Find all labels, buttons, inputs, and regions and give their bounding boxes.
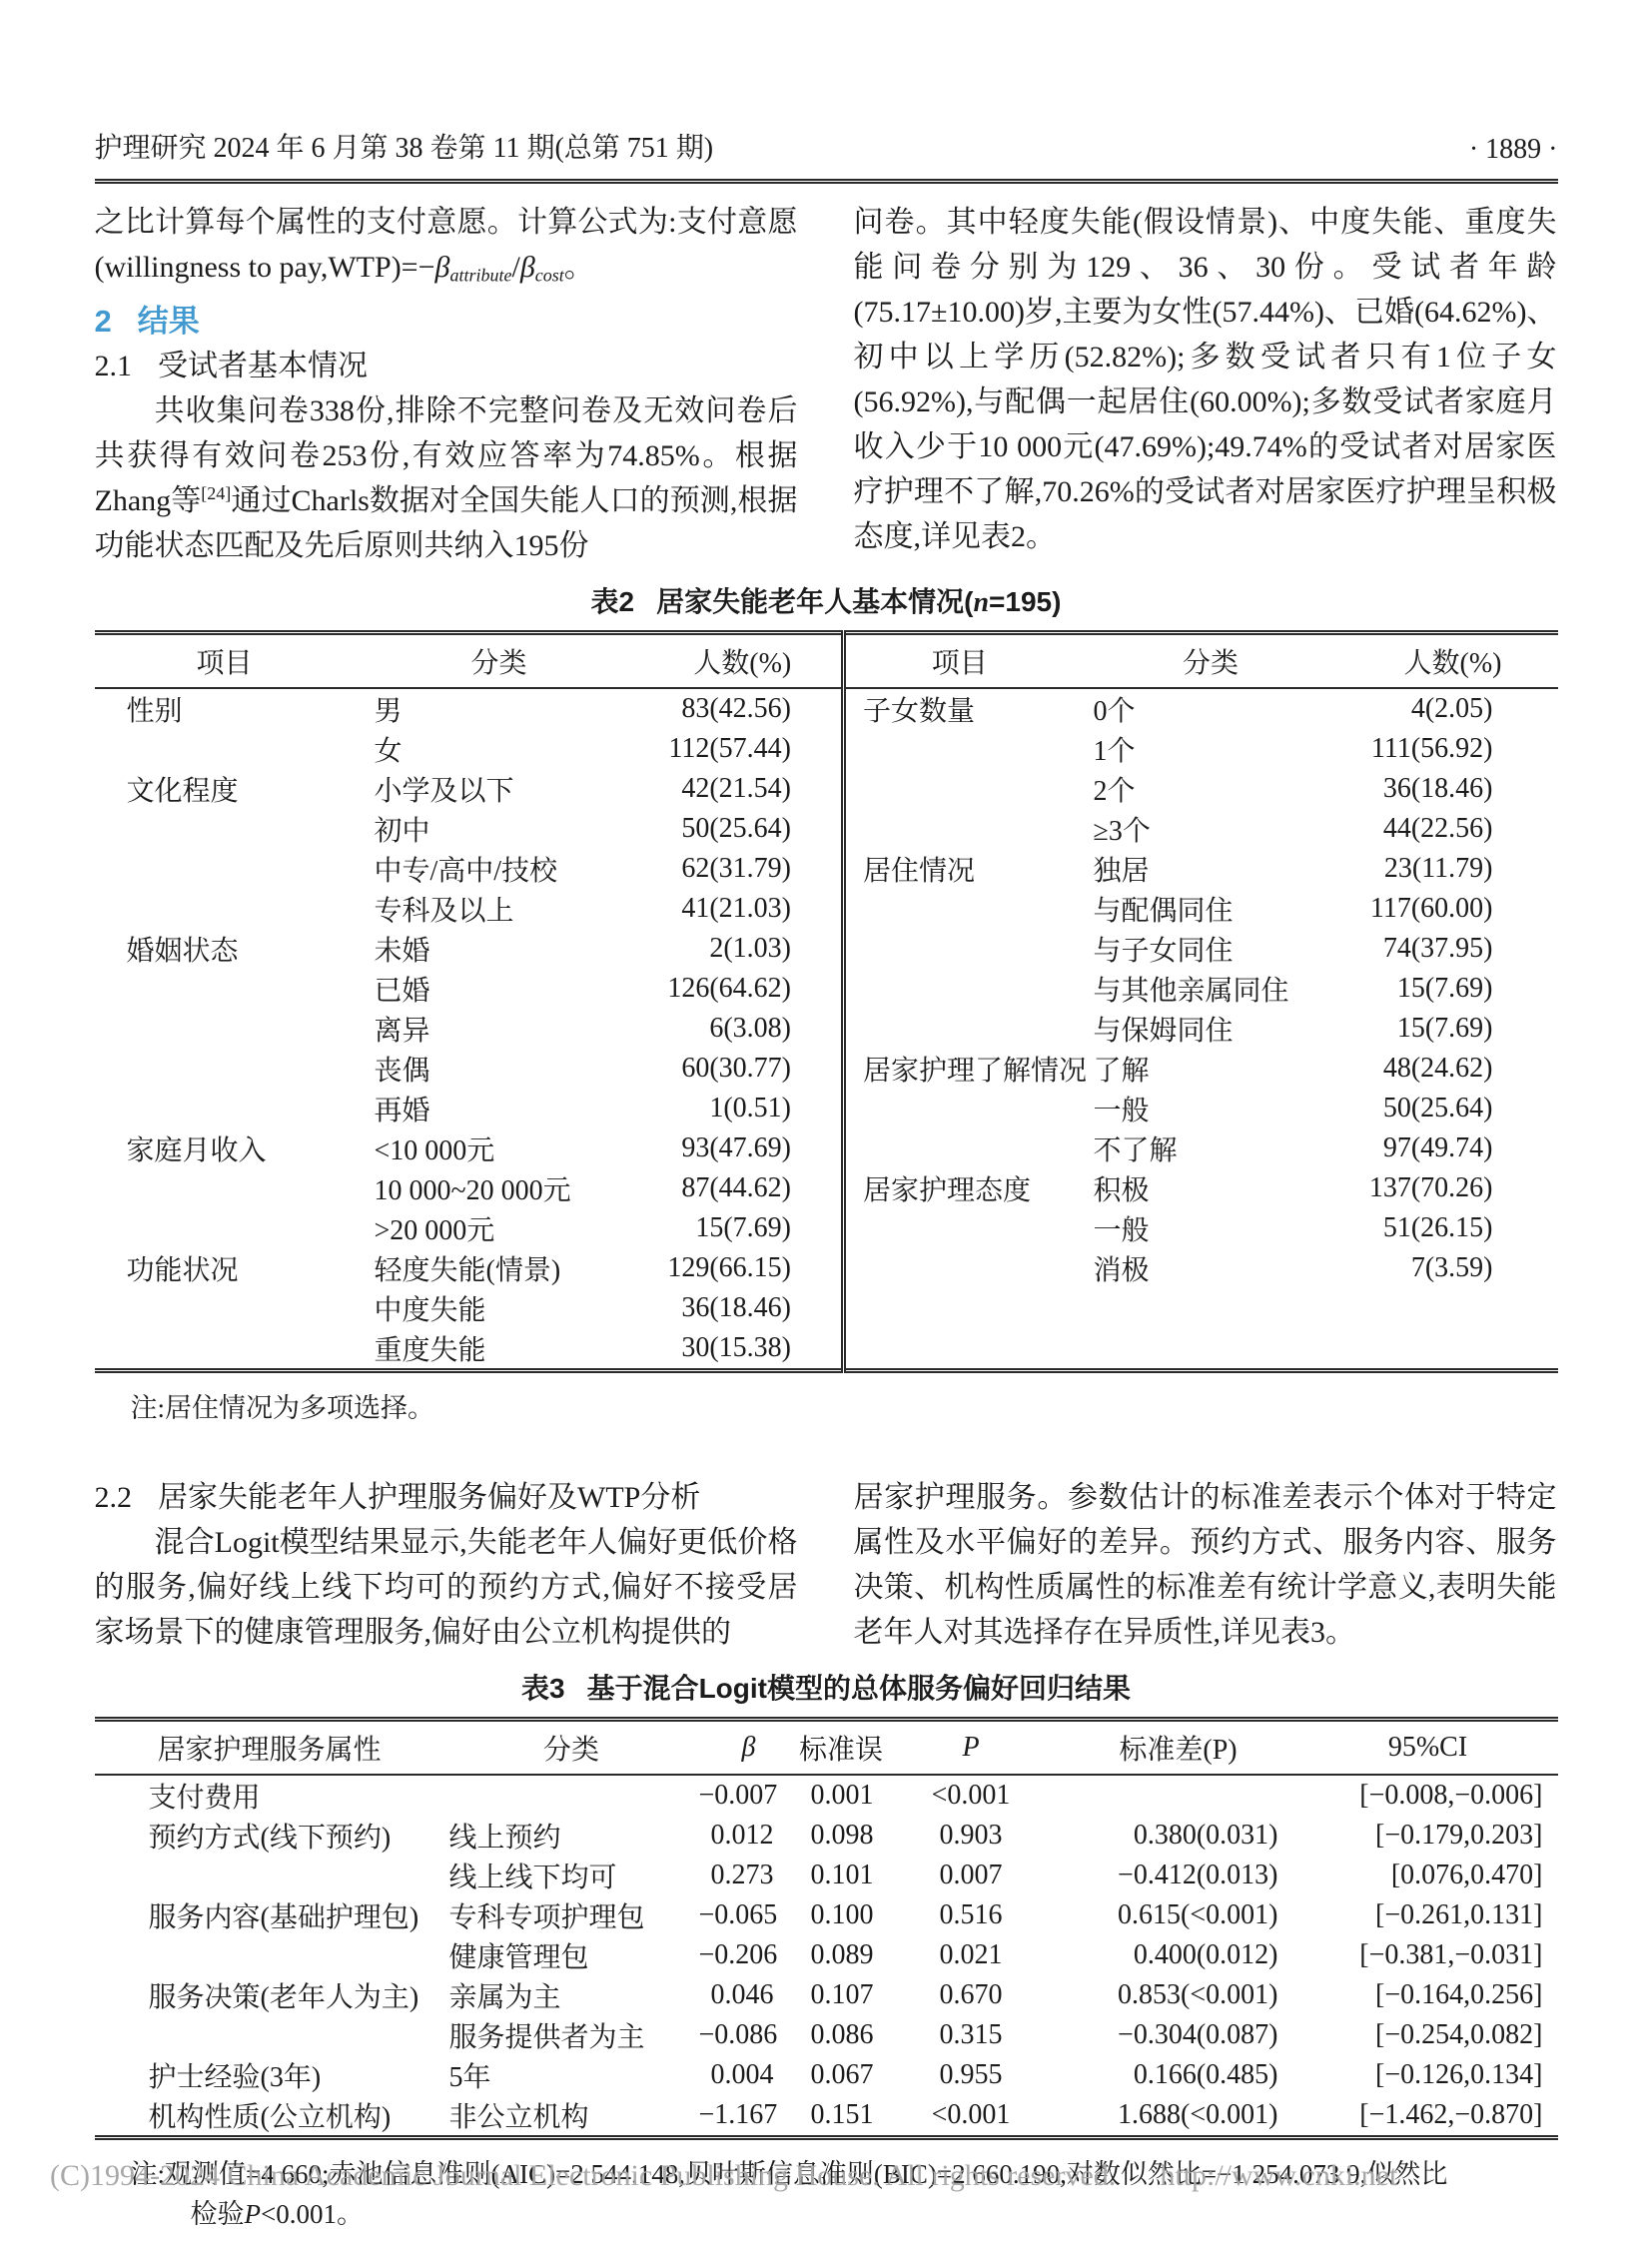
table3-caption: 表3基于混合Logit模型的总体服务偏好回归结果 (95, 1667, 1558, 1707)
table3-row: 支付费用−0.0070.001<0.001[−0.008,−0.006] (95, 1775, 1558, 1816)
table2-row: 专科及以上41(21.03)与配偶同住117(60.00) (95, 889, 1558, 929)
table2-count: 15(7.69) (644, 1208, 844, 1248)
table2-item (844, 1128, 1074, 1168)
table3-beta: −0.086 (699, 2015, 799, 2055)
table2-item (95, 1208, 355, 1248)
table2-count: 15(7.69) (1348, 1009, 1558, 1049)
table2-count: 36(18.46) (644, 1288, 844, 1328)
table2-count: 1(0.51) (644, 1089, 844, 1128)
table2-category: 一般 (1074, 1089, 1348, 1128)
table2-count: 137(70.26) (1348, 1168, 1558, 1208)
table3-category: 健康管理包 (444, 1935, 699, 1975)
table2-category: 重度失能 (355, 1328, 644, 1371)
table2-category: 0个 (1074, 688, 1348, 729)
table3-row: 线上线下均可0.2730.1010.007−0.412(0.013)[0.076… (95, 1856, 1558, 1895)
table2-count: 62(31.79) (644, 849, 844, 889)
table2-row: 再婚1(0.51)一般50(25.64) (95, 1089, 1558, 1128)
table2-category: 不了解 (1074, 1128, 1348, 1168)
table3-sd (1059, 1775, 1298, 1816)
table3-row: 预约方式(线下预约)线上预约0.0120.0980.9030.380(0.031… (95, 1816, 1558, 1856)
table2-category: 与保姆同住 (1074, 1009, 1348, 1049)
table2-item: 家庭月收入 (95, 1128, 355, 1168)
table2-category: 与其他亲属同住 (1074, 969, 1348, 1009)
table3-se: 0.101 (799, 1856, 884, 1895)
table3-p: 0.021 (884, 1935, 1059, 1975)
table3-ci: [−0.179,0.203] (1298, 1816, 1558, 1856)
table2-category: 已婚 (355, 969, 644, 1009)
table2-item (95, 889, 355, 929)
table3-attribute: 支付费用 (95, 1775, 444, 1816)
right-column-middle: 居家护理服务。参数估计的标准差表示个体对于特定属性及水平偏好的差异。预约方式、服… (854, 1475, 1557, 1655)
table2-count: 15(7.69) (1348, 969, 1558, 1009)
table2-category: 女 (355, 729, 644, 769)
table3-row: 服务提供者为主−0.0860.0860.315−0.304(0.087)[−0.… (95, 2015, 1558, 2055)
table2-count: 36(18.46) (1348, 769, 1558, 809)
section-2-2-paragraph: 混合Logit模型结果显示,失能老年人偏好更低价格的服务,偏好线上线下均可的预约… (95, 1520, 798, 1655)
table3-beta: 0.004 (699, 2055, 799, 2095)
table3-se: 0.107 (799, 1975, 884, 2015)
formula-slash: / (511, 251, 519, 284)
table3-beta: −1.167 (699, 2095, 799, 2138)
table3-category: 线上线下均可 (444, 1856, 699, 1895)
table2-header-count: 人数(%) (644, 632, 844, 688)
table3-attribute: 服务决策(老年人为主) (95, 1975, 444, 2015)
table2-category: 2个 (1074, 769, 1348, 809)
section-2-2-heading: 2.2居家失能老年人护理服务偏好及WTP分析 (95, 1475, 798, 1520)
table3-caption-number: 表3 (521, 1673, 565, 1704)
table2-row: 中专/高中/技校62(31.79)居住情况独居23(11.79) (95, 849, 1558, 889)
table2-row: 初中50(25.64)≥3个44(22.56) (95, 809, 1558, 849)
table2-item (95, 969, 355, 1009)
table3-category: 亲属为主 (444, 1975, 699, 2015)
section-2-2-paragraph-continued: 居家护理服务。参数估计的标准差表示个体对于特定属性及水平偏好的差异。预约方式、服… (854, 1475, 1557, 1655)
table2-category (1074, 1288, 1348, 1328)
table2-category: 独居 (1074, 849, 1348, 889)
table2-count: 60(30.77) (644, 1049, 844, 1089)
table2-row: 中度失能36(18.46) (95, 1288, 1558, 1328)
table3-ci: [0.076,0.470] (1298, 1856, 1558, 1895)
section-2-2-number: 2.2 (95, 1481, 133, 1514)
table2-count: 23(11.79) (1348, 849, 1558, 889)
table2-category: 未婚 (355, 929, 644, 969)
table3-caption-title: 基于混合Logit模型的总体服务偏好回归结果 (587, 1673, 1131, 1704)
section-2-1-label: 受试者基本情况 (158, 350, 368, 382)
table3-beta: −0.065 (699, 1895, 799, 1935)
table2-count: 117(60.00) (1348, 889, 1558, 929)
table3-se: 0.089 (799, 1935, 884, 1975)
table3-ci: [−0.008,−0.006] (1298, 1775, 1558, 1816)
page-number: · 1889 · (1469, 134, 1558, 166)
table3-sd: 0.380(0.031) (1059, 1816, 1298, 1856)
table2-caption-tail: =195) (989, 586, 1061, 617)
header-rule (95, 179, 1558, 184)
table3-category (444, 1775, 699, 1816)
table3-se: 0.151 (799, 2095, 884, 2138)
table2-caption-number: 表2 (591, 586, 635, 617)
table2-row: 文化程度小学及以下42(21.54)2个36(18.46) (95, 769, 1558, 809)
table2-count: 42(21.54) (644, 769, 844, 809)
table2-category: <10 000元 (355, 1128, 644, 1168)
table3-ci: [−0.261,0.131] (1298, 1895, 1558, 1935)
table2-count: 50(25.64) (1348, 1089, 1558, 1128)
table3-attribute: 机构性质(公立机构) (95, 2095, 444, 2138)
table2-count: 93(47.69) (644, 1128, 844, 1168)
table3-attribute (95, 1935, 444, 1975)
table2-header-item: 项目 (844, 632, 1074, 688)
section-2-1-paragraph-continued: 问卷。其中轻度失能(假设情景)、中度失能、重度失能问卷分别为129、36、30份… (854, 200, 1557, 559)
table3-se: 0.086 (799, 2015, 884, 2055)
table2-item (95, 809, 355, 849)
formula-end: 。 (564, 251, 594, 284)
table2-row: 婚姻状态未婚2(1.03)与子女同住74(37.95) (95, 929, 1558, 969)
table2-item (95, 1049, 355, 1089)
table3-sd: −0.412(0.013) (1059, 1856, 1298, 1895)
table2-count: 6(3.08) (644, 1009, 844, 1049)
table2-basic-characteristics: 项目 分类 人数(%) 项目 分类 人数(%) 性别男83(42.56)子女数量… (95, 630, 1558, 1373)
table3-p: 0.903 (884, 1816, 1059, 1856)
table3-header-category: 分类 (444, 1719, 699, 1775)
table3-category: 非公立机构 (444, 2095, 699, 2138)
table2-item: 功能状况 (95, 1248, 355, 1288)
table2-item (95, 1288, 355, 1328)
table2-item (844, 929, 1074, 969)
table2-category: 与配偶同住 (1074, 889, 1348, 929)
table3-se: 0.067 (799, 2055, 884, 2095)
table3-p: 0.516 (884, 1895, 1059, 1935)
section-2-1-heading: 2.1受试者基本情况 (95, 344, 798, 388)
table2-row: 丧偶60(30.77)居家护理了解情况了解48(24.62) (95, 1049, 1558, 1089)
table3-category: 线上预约 (444, 1816, 699, 1856)
table3-beta: −0.007 (699, 1775, 799, 1816)
table3-header-beta: β (699, 1719, 799, 1775)
table3-header-sd: 标准差(P) (1059, 1719, 1298, 1775)
table2-caption-n: n (973, 587, 989, 618)
table3-row: 健康管理包−0.2060.0890.0210.400(0.012)[−0.381… (95, 1935, 1558, 1975)
table2-count: 2(1.03) (644, 929, 844, 969)
beta-subscript-cost: cost (535, 266, 564, 286)
table3-sd: −0.304(0.087) (1059, 2015, 1298, 2055)
table3-row: 护士经验(3年)5年0.0040.0670.9550.166(0.485)[−0… (95, 2055, 1558, 2095)
table2-item (844, 1288, 1074, 1328)
table3-header-attribute: 居家护理服务属性 (95, 1719, 444, 1775)
table3-header-p: P (884, 1719, 1059, 1775)
table2-count: 51(26.15) (1348, 1208, 1558, 1248)
table2-count: 44(22.56) (1348, 809, 1558, 849)
table2-category: 小学及以下 (355, 769, 644, 809)
table2-item (95, 729, 355, 769)
table2-row: >20 000元15(7.69)一般51(26.15) (95, 1208, 1558, 1248)
table2-item (844, 809, 1074, 849)
table2-category: ≥3个 (1074, 809, 1348, 849)
text-columns-top: 之比计算每个属性的支付意愿。计算公式为:支付意愿(willingness to … (95, 200, 1558, 568)
table2-row: 离异6(3.08)与保姆同住15(7.69) (95, 1009, 1558, 1049)
section-2-heading: 2结果 (95, 299, 798, 344)
table3-row: 机构性质(公立机构)非公立机构−1.1670.151<0.0011.688(<0… (95, 2095, 1558, 2138)
table2-count: 111(56.92) (1348, 729, 1558, 769)
table2-item (95, 849, 355, 889)
table3-sd: 0.853(<0.001) (1059, 1975, 1298, 2015)
table2-count: 126(64.62) (644, 969, 844, 1009)
table2-category (1074, 1328, 1348, 1371)
table2-category: 与子女同住 (1074, 929, 1348, 969)
table2-item: 文化程度 (95, 769, 355, 809)
table3-attribute: 预约方式(线下预约) (95, 1816, 444, 1856)
table3-sd: 0.166(0.485) (1059, 2055, 1298, 2095)
table3-p: <0.001 (884, 1775, 1059, 1816)
table2-count: 7(3.59) (1348, 1248, 1558, 1288)
table2-category: 轻度失能(情景) (355, 1248, 644, 1288)
table2-category: 中专/高中/技校 (355, 849, 644, 889)
table3-header-ci: 95%CI (1298, 1719, 1558, 1775)
table2-item (844, 1089, 1074, 1128)
table2-item (844, 1248, 1074, 1288)
text-columns-middle: 2.2居家失能老年人护理服务偏好及WTP分析 混合Logit模型结果显示,失能老… (95, 1475, 1558, 1655)
table3-ci: [−0.126,0.134] (1298, 2055, 1558, 2095)
table2-row: 已婚126(64.62)与其他亲属同住15(7.69) (95, 969, 1558, 1009)
table2-header: 项目 分类 人数(%) 项目 分类 人数(%) (95, 632, 1558, 688)
table2-item (844, 889, 1074, 929)
table3-category: 专科专项护理包 (444, 1895, 699, 1935)
table2-count: 74(37.95) (1348, 929, 1558, 969)
note-text: <0.001。 (261, 2199, 364, 2229)
table2-caption-title: 居家失能老年人基本情况( (656, 586, 973, 617)
section-2-1-paragraph: 共收集问卷338份,排除不完整问卷及无效问卷后共获得有效问卷253份,有效应答率… (95, 388, 798, 568)
left-column-middle: 2.2居家失能老年人护理服务偏好及WTP分析 混合Logit模型结果显示,失能老… (95, 1475, 798, 1655)
table3-se: 0.098 (799, 1816, 884, 1856)
table3-attribute (95, 2015, 444, 2055)
table2-category: >20 000元 (355, 1208, 644, 1248)
table2-item (844, 969, 1074, 1009)
table2-category: 1个 (1074, 729, 1348, 769)
citation-ref: [24] (201, 483, 231, 503)
table2-category: 了解 (1074, 1049, 1348, 1089)
table2-count: 129(66.15) (644, 1248, 844, 1288)
table2-category: 中度失能 (355, 1288, 644, 1328)
table2-item (95, 1168, 355, 1208)
table3-beta: 0.012 (699, 1816, 799, 1856)
table3-note-line2: 检验P<0.001。 (95, 2194, 1558, 2234)
table2-item: 居家护理态度 (844, 1168, 1074, 1208)
journal-page: { "header": { "journal_info": "护理研究 2024… (0, 0, 1652, 2241)
table3-header: 居家护理服务属性 分类 β 标准误 P 标准差(P) 95%CI (95, 1719, 1558, 1775)
table3-category: 服务提供者为主 (444, 2015, 699, 2055)
table3-sd: 1.688(<0.001) (1059, 2095, 1298, 2138)
table3-beta: −0.206 (699, 1935, 799, 1975)
table2-row: 性别男83(42.56)子女数量0个4(2.05) (95, 688, 1558, 729)
table2-item (844, 1328, 1074, 1371)
table3-row: 服务内容(基础护理包)专科专项护理包−0.0650.1000.5160.615(… (95, 1895, 1558, 1935)
table2-category: 积极 (1074, 1168, 1348, 1208)
beta-symbol: β (520, 251, 535, 284)
table2-category: 10 000~20 000元 (355, 1168, 644, 1208)
wtp-formula-paragraph: 之比计算每个属性的支付意愿。计算公式为:支付意愿(willingness to … (95, 200, 798, 299)
table2-header-item: 项目 (95, 632, 355, 688)
table2-category: 丧偶 (355, 1049, 644, 1089)
table3-category: 5年 (444, 2055, 699, 2095)
table3-header-se: 标准误 (799, 1719, 884, 1775)
beta-symbol: β (435, 251, 450, 284)
table2-category: 离异 (355, 1009, 644, 1049)
table2-item (95, 1009, 355, 1049)
table2-caption: 表2居家失能老年人基本情况(n=195) (95, 580, 1558, 620)
table2-item: 婚姻状态 (95, 929, 355, 969)
note-text: 检验 (191, 2199, 245, 2229)
table3-ci: [−0.254,0.082] (1298, 2015, 1558, 2055)
right-column-top: 问卷。其中轻度失能(假设情景)、中度失能、重度失能问卷分别为129、36、30份… (854, 200, 1557, 568)
table2-item (844, 769, 1074, 809)
table3-sd: 0.400(0.012) (1059, 1935, 1298, 1975)
table3-beta: 0.046 (699, 1975, 799, 2015)
left-column-top: 之比计算每个属性的支付意愿。计算公式为:支付意愿(willingness to … (95, 200, 798, 568)
table2-row: 重度失能30(15.38) (95, 1328, 1558, 1371)
table3-p: 0.315 (884, 2015, 1059, 2055)
table3-se: 0.100 (799, 1895, 884, 1935)
table2-item: 居家护理了解情况 (844, 1049, 1074, 1089)
table2-category: 专科及以上 (355, 889, 644, 929)
table2-count: 97(49.74) (1348, 1128, 1558, 1168)
table2-item (95, 1089, 355, 1128)
table2-category: 男 (355, 688, 644, 729)
table3-ci: [−0.164,0.256] (1298, 1975, 1558, 2015)
footer-url: http://www.cnki.net (1160, 2159, 1397, 2193)
table3-attribute: 护士经验(3年) (95, 2055, 444, 2095)
table2-count: 87(44.62) (644, 1168, 844, 1208)
table2-count: 50(25.64) (644, 809, 844, 849)
table2-header-category: 分类 (1074, 632, 1348, 688)
table2-item (95, 1328, 355, 1371)
table2-item: 子女数量 (844, 688, 1074, 729)
table2-body: 性别男83(42.56)子女数量0个4(2.05)女112(57.44)1个11… (95, 688, 1558, 1371)
table3-attribute: 服务内容(基础护理包) (95, 1895, 444, 1935)
p-symbol: P (245, 2199, 262, 2229)
table2-count: 48(24.62) (1348, 1049, 1558, 1089)
section-2-2-label: 居家失能老年人护理服务偏好及WTP分析 (158, 1481, 700, 1514)
table2-item (844, 729, 1074, 769)
table2-count: 112(57.44) (644, 729, 844, 769)
table2-row: 10 000~20 000元87(44.62)居家护理态度积极137(70.26… (95, 1168, 1558, 1208)
table2-item (844, 1009, 1074, 1049)
table2-row: 女112(57.44)1个111(56.92) (95, 729, 1558, 769)
table3-row: 服务决策(老年人为主)亲属为主0.0460.1070.6700.853(<0.0… (95, 1975, 1558, 2015)
table3-se: 0.001 (799, 1775, 884, 1816)
table3-sd: 0.615(<0.001) (1059, 1895, 1298, 1935)
table2-row: 家庭月收入<10 000元93(47.69)不了解97(49.74) (95, 1128, 1558, 1168)
table2-category: 初中 (355, 809, 644, 849)
footer-copyright: (C)1994-2024 China Academic Journal Elec… (50, 2159, 1116, 2193)
table3-ci: [−0.381,−0.031] (1298, 1935, 1558, 1975)
table3-p: 0.007 (884, 1856, 1059, 1895)
table3-body: 支付费用−0.0070.001<0.001[−0.008,−0.006]预约方式… (95, 1775, 1558, 2138)
cnki-footer: (C)1994-2024 China Academic Journal Elec… (50, 2159, 1608, 2193)
page-content: 护理研究 2024 年 6 月第 38 卷第 11 期(总第 751 期) · … (95, 0, 1558, 2234)
table2-count: 30(15.38) (644, 1328, 844, 1371)
table3-p: <0.001 (884, 2095, 1059, 2138)
table2-header-count: 人数(%) (1348, 632, 1558, 688)
table2-count (1348, 1288, 1558, 1328)
table2-item: 性别 (95, 688, 355, 729)
section-2-number: 2 (95, 304, 112, 339)
table2-header-category: 分类 (355, 632, 644, 688)
table2-count: 4(2.05) (1348, 688, 1558, 729)
table3-beta: 0.273 (699, 1856, 799, 1895)
table2-category: 一般 (1074, 1208, 1348, 1248)
table2-count: 83(42.56) (644, 688, 844, 729)
running-head: 护理研究 2024 年 6 月第 38 卷第 11 期(总第 751 期) · … (95, 126, 1558, 166)
table2-category: 再婚 (355, 1089, 644, 1128)
table3-logit-regression: 居家护理服务属性 分类 β 标准误 P 标准差(P) 95%CI 支付费用−0.… (95, 1717, 1558, 2140)
beta-subscript-attribute: attribute (449, 266, 511, 286)
table3-p: 0.670 (884, 1975, 1059, 2015)
table3-attribute (95, 1856, 444, 1895)
table2-item (844, 1208, 1074, 1248)
table2-count: 41(21.03) (644, 889, 844, 929)
table2-count (1348, 1328, 1558, 1371)
table2-category: 消极 (1074, 1248, 1348, 1288)
table2-row: 功能状况轻度失能(情景)129(66.15)消极7(3.59) (95, 1248, 1558, 1288)
section-2-1-number: 2.1 (95, 350, 133, 382)
table3-ci: [−1.462,−0.870] (1298, 2095, 1558, 2138)
table3-p: 0.955 (884, 2055, 1059, 2095)
section-2-label: 结果 (138, 304, 200, 339)
journal-issue-info: 护理研究 2024 年 6 月第 38 卷第 11 期(总第 751 期) (95, 126, 714, 166)
table2-item: 居住情况 (844, 849, 1074, 889)
table2-note: 注:居住情况为多项选择。 (95, 1389, 1558, 1427)
